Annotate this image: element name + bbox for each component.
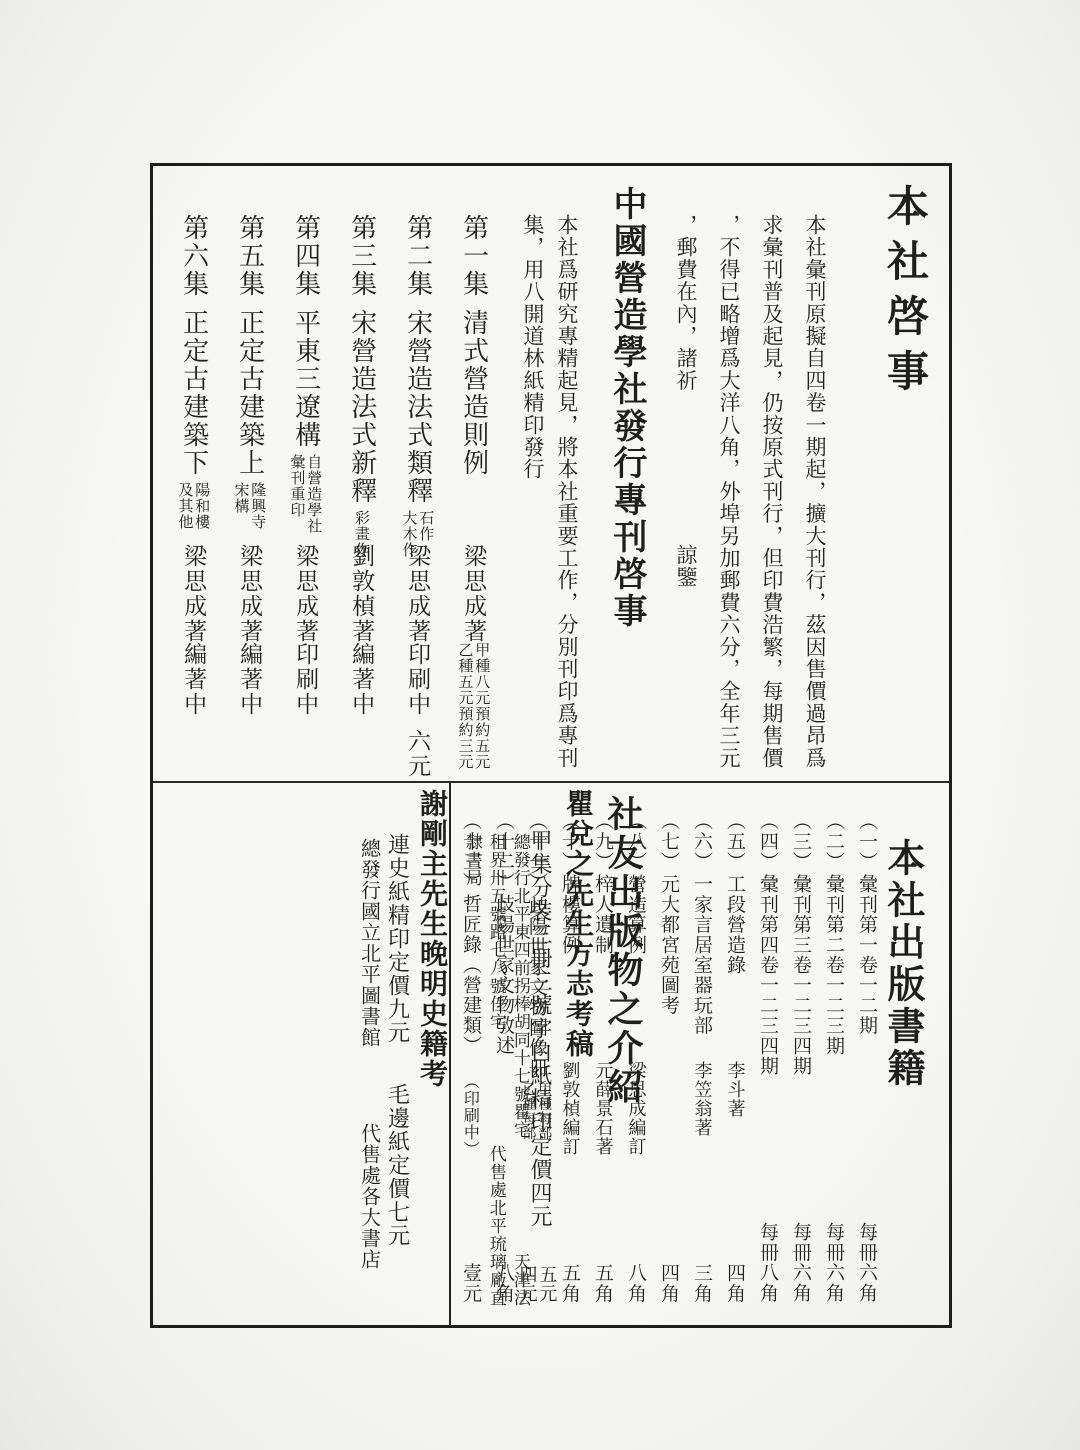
volume-note-a: 陽和樓	[194, 482, 210, 530]
volume-label: 第五集	[235, 214, 262, 298]
publication-title-group: ︵七︶ 元大都宮苑圖考	[658, 811, 678, 1015]
member-entry-1-dist-col-1: 總發行北平東四前拐棒胡同十七號瞿宅 天津法	[507, 833, 531, 1311]
volume-status: 印刷中	[293, 642, 317, 717]
publication-title-group: ︵五︶ 工段營造錄	[724, 811, 744, 975]
publication-title-text: 彙刊第二卷一二三期	[823, 874, 843, 1056]
publication-author: 李斗著	[725, 1061, 744, 1118]
member-entry-2-title: 謝剛主先生晚明史籍考	[418, 789, 447, 1089]
publication-price: 每冊八角	[757, 1222, 777, 1303]
volume-note-b: 宋構	[233, 482, 249, 514]
dist-text-top: 總發行北平東四前拐棒胡同十七號瞿宅	[510, 833, 528, 1139]
special-issues-intro-line-1: 本社爲研究專精起見，將本社重要工作，分別刊印爲專刊	[556, 214, 578, 769]
volume-price-pair: 甲種八元預約五元 乙種五元預約三元	[457, 642, 490, 770]
publication-title-group: ︵四︶ 彙刊第四卷一二三四期	[757, 811, 777, 1076]
society-notice-line-2: 求彙刊普及起見，仍按原式刊行，但印費浩繁，每期售價	[761, 214, 783, 769]
volume-note-pair: 自營造學社 彙刊重印	[289, 454, 322, 534]
publication-number: ︵六︶	[691, 811, 711, 872]
publication-title-group: ︵一︶ 彙刊第一卷一二期	[856, 811, 876, 1035]
volume-entry-5: 第五集 正定古建築上 隆興寺 宋構 梁思成著 編著中	[231, 214, 267, 774]
publication-price: 五角	[592, 1263, 612, 1303]
volume-label: 第三集	[347, 214, 374, 298]
volume-note-a: 隆興寺	[250, 482, 266, 530]
publication-item-6: ︵六︶ 一家言居室器玩部 李笠翁著 三角	[686, 783, 716, 1325]
dist-text-bottom: 天津法	[510, 1253, 528, 1307]
publication-item-4: ︵四︶ 彙刊第四卷一二三四期 每冊八角	[752, 783, 782, 1325]
publication-item-5: ︵五︶ 工段營造錄 李斗著 四角	[719, 783, 749, 1325]
publication-number: ︵四︶	[757, 811, 777, 872]
volume-status: 編著中	[237, 642, 261, 717]
volume-title-group: 平東三遼構 自營造學社 彙刊重印	[289, 309, 322, 534]
volume-note-a: 石作	[418, 510, 434, 542]
member-entry-2-detail-col-1: 連史紙精印定價九元 毛邊紙定價七元	[385, 833, 409, 1311]
publication-price: 每冊六角	[856, 1222, 876, 1303]
publication-price: 五角	[559, 1263, 579, 1303]
volume-author: 梁思成著	[461, 544, 485, 644]
publication-price: 三角	[691, 1263, 711, 1303]
bottom-section: 本社出版書籍 ︵一︶ 彙刊第一卷一二期 每冊六角 ︵二︶ 彙刊第二卷一二三期 每…	[153, 783, 949, 1325]
volume-price-a: 甲種八元預約五元	[474, 642, 490, 770]
publication-item-2: ︵二︶ 彙刊第二卷一二三期 每冊六角	[818, 783, 848, 1325]
detail-text-top: 總發行國立北平圖書館	[359, 838, 380, 1048]
volume-title-group: 宋營造法式類釋 石作 大木作	[401, 309, 434, 558]
volume-entry-2: 第二集 宋營造法式類釋 石作 大木作 梁思成著 印刷中 六元	[399, 214, 435, 774]
publication-number: ︵二︶	[823, 811, 843, 872]
publication-author: 李笠翁著	[692, 1061, 711, 1137]
volume-title: 正定古建築上	[235, 309, 262, 477]
volume-label: 第六集	[179, 214, 206, 298]
publication-price: 每冊六角	[790, 1222, 810, 1303]
volume-price-b: 乙種五元預約三元	[457, 642, 473, 770]
volume-entry-1: 第一集 清式營造則例 梁思成著 甲種八元預約五元 乙種五元預約三元	[455, 214, 491, 774]
volume-label: 第一集	[459, 214, 486, 298]
publication-item-1: ︵一︶ 彙刊第一卷一二期 每冊六角	[851, 783, 881, 1325]
society-notice-closing: 諒鑒	[675, 544, 697, 588]
dist-text-top: 隸書局	[462, 833, 480, 887]
volume-entry-4: 第四集 平東三遼構 自營造學社 彙刊重印 梁思成著 印刷中	[287, 214, 323, 774]
dist-text-top: 租界卅五號路七八號任宅	[486, 833, 504, 1031]
society-notice-line-3: ，不得已略增爲大洋八角，外埠另加郵費六分，全年三元	[718, 214, 740, 769]
publication-title-text: 工段營造錄	[724, 874, 744, 975]
volume-title-group: 正定古建築下 陽和樓 及其他	[177, 309, 210, 530]
publication-title-text: 彙刊第三卷一二三四期	[790, 874, 810, 1076]
volume-status: 印刷中	[405, 642, 429, 717]
volume-author: 梁思成著	[181, 544, 205, 644]
publications-title: 本社出版書籍	[883, 838, 923, 1090]
detail-text-top: 連史紙精印定價九元	[385, 833, 408, 1045]
detail-text-bottom: 毛邊紙定價七元	[385, 1083, 408, 1248]
society-notice-line-4: ，郵費在內，諸祈	[675, 214, 697, 392]
society-notice-line-1: 本社彙刊原擬自四卷一期起，擴大刊行，茲因售價過昂爲	[804, 214, 826, 769]
special-issues-intro-line-2: 集，用八開道林紙精印發行	[522, 214, 544, 480]
publication-price: 四角	[724, 1263, 744, 1303]
volume-entry-3: 第三集 宋營造法式新釋 彩畫作 劉敦楨著 編著中	[343, 214, 379, 774]
volume-title-group: 正定古建築上 隆興寺 宋構	[233, 309, 266, 530]
member-entry-1-dist-col-3: 隸書局	[459, 833, 483, 1311]
publication-number: ︵三︶	[790, 811, 810, 872]
volume-title: 清式營造則例	[459, 309, 486, 477]
publication-title-group: ︵六︶ 一家言居室器玩部	[691, 811, 711, 1035]
member-entry-1-dist-col-2: 租界卅五號路七八號任宅 代售處北平琉璃廠直	[483, 833, 507, 1311]
publication-title-group: ︵三︶ 彙刊第三卷一二三四期	[790, 811, 810, 1076]
volume-label: 第二集	[403, 214, 430, 298]
special-issues-title: 中國營造學社發行專刊啓事	[608, 186, 644, 630]
volume-title: 平東三遼構	[291, 309, 318, 449]
publication-price: 每冊六角	[823, 1222, 843, 1303]
member-entry-2-detail-col-2: 總發行國立北平圖書館 代售處各大書店	[357, 833, 381, 1311]
volume-title-group: 清式營造則例	[459, 309, 486, 477]
volume-entry-6: 第六集 正定古建築下 陽和樓 及其他 梁思成著 編著中	[175, 214, 211, 774]
volume-title: 正定古建築下	[179, 309, 206, 477]
volume-status: 編著中	[349, 642, 373, 717]
member-publications-title: 社友出版物之介紹	[603, 795, 641, 1107]
publication-item-7: ︵七︶ 元大都宮苑圖考 四角	[653, 783, 683, 1325]
volume-author: 梁思成著	[237, 544, 261, 644]
publication-number: ︵七︶	[658, 811, 678, 872]
publication-item-3: ︵三︶ 彙刊第三卷一二三四期 每冊六角	[785, 783, 815, 1325]
publication-price: 四角	[658, 1263, 678, 1303]
member-entry-1-detail: 甲集分裝三冊三號字白紙精印定價四元	[528, 829, 551, 1229]
publication-title-text: 彙刊第四卷一二三四期	[757, 874, 777, 1076]
page-frame: 本社啓事 本社彙刊原擬自四卷一期起，擴大刊行，茲因售價過昂爲 求彙刊普及起見，仍…	[150, 163, 952, 1328]
volume-author: 劉敦楨著	[349, 544, 373, 644]
publication-number: ︵一︶	[856, 811, 876, 872]
volume-note-pair: 陽和樓 及其他	[177, 482, 210, 530]
publication-title-text: 元大都宮苑圖考	[658, 874, 678, 1015]
volume-title: 宋營造法式新釋	[347, 309, 374, 505]
publication-price: 八角	[625, 1263, 645, 1303]
volume-note-a: 自營造學社	[306, 454, 322, 534]
society-notice-title: 本社啓事	[883, 184, 927, 404]
volume-title-group: 宋營造法式新釋 彩畫作	[347, 309, 374, 558]
publication-title-text: 一家言居室器玩部	[691, 874, 711, 1036]
dist-text-bottom: 代售處北平琉璃廠直	[486, 1145, 504, 1307]
detail-text-bottom: 代售處各大書店	[359, 1123, 380, 1270]
volume-price: 六元	[405, 729, 429, 779]
volume-note-pair: 隆興寺 宋構	[233, 482, 266, 530]
volume-note-b: 及其他	[177, 482, 193, 530]
vertical-divider	[449, 783, 451, 1325]
volume-author: 梁思成著	[405, 544, 429, 644]
publication-title-text: 彙刊第一卷一二期	[856, 874, 876, 1036]
volume-note-b: 彙刊重印	[289, 454, 305, 518]
publication-price-a: 五元	[537, 1265, 556, 1303]
volume-label: 第四集	[291, 214, 318, 298]
volume-title: 宋營造法式類釋	[403, 309, 430, 505]
publication-author: 劉敦楨編訂	[560, 1061, 579, 1156]
volume-status: 編著中	[181, 642, 205, 717]
publication-title-group: ︵二︶ 彙刊第二卷一二三期	[823, 811, 843, 1055]
volume-author: 梁思成著	[293, 544, 317, 644]
publication-number: ︵五︶	[724, 811, 744, 872]
member-entry-1-title: 瞿兌之先生方志考稿	[564, 789, 593, 1059]
top-section: 本社啓事 本社彙刊原擬自四卷一期起，擴大刊行，茲因售價過昂爲 求彙刊普及起見，仍…	[153, 166, 949, 783]
